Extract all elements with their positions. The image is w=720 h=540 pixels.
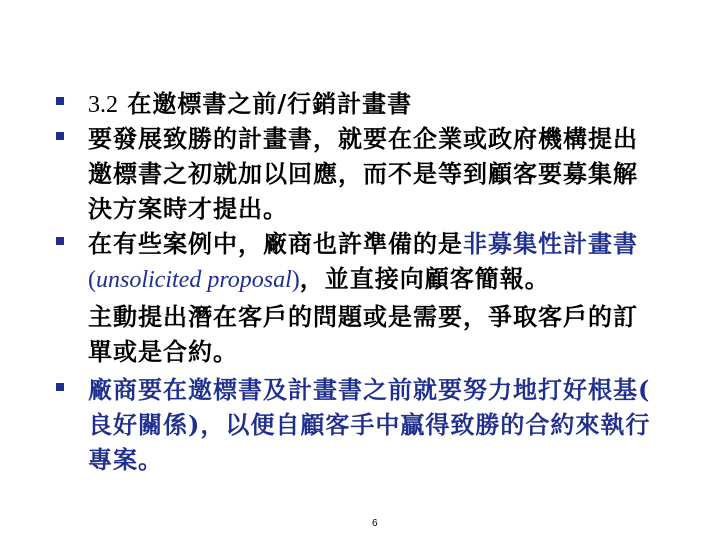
- english-term: unsolicited proposal: [96, 267, 292, 293]
- paren-close: ): [292, 267, 300, 293]
- square-bullet-icon: [56, 97, 64, 105]
- square-bullet-icon: [56, 383, 64, 391]
- paragraph-line: 單或是合約。: [88, 334, 712, 369]
- bullet-item-relationship: 廠商要在邀標書及計畫書之前就要努力地打好根基( 良好關係)，以便自顧客手中贏得致…: [52, 372, 712, 477]
- section-title: 在邀標書之前/行銷計畫書: [118, 89, 412, 118]
- bullet-item-winning-proposal: 要發展致勝的計畫書，就要在企業或政府機構提出 邀標書之初就加以回應，而不是等到顧…: [52, 121, 712, 226]
- bullet-item-unsolicited: 在有些案例中，廠商也許準備的是非募集性計畫書 (unsolicited prop…: [52, 226, 712, 296]
- bullet-line: 決方案時才提出。: [88, 191, 712, 226]
- square-bullet-icon: [56, 132, 64, 140]
- slide: 3.2 在邀標書之前/行銷計畫書 要發展致勝的計畫書，就要在企業或政府機構提出 …: [0, 0, 720, 540]
- bullet-list: 3.2 在邀標書之前/行銷計畫書 要發展致勝的計畫書，就要在企業或政府機構提出 …: [52, 86, 712, 477]
- section-number: 3.2: [88, 92, 118, 118]
- bullet-item-title: 3.2 在邀標書之前/行銷計畫書: [52, 86, 712, 121]
- square-bullet-icon: [56, 237, 64, 245]
- paragraph-line: 主動提出潛在客戶的問題或是需要，爭取客戶的訂: [88, 299, 712, 334]
- bullet-line: 3.2 在邀標書之前/行銷計畫書: [88, 86, 712, 121]
- line-text: 在有些案例中，廠商也許準備的是: [88, 229, 463, 258]
- bullet-line: 良好關係)，以便自顧客手中贏得致勝的合約來執行: [88, 407, 712, 442]
- bullet-line: 在有些案例中，廠商也許準備的是非募集性計畫書: [88, 226, 712, 261]
- bullet-line: 要發展致勝的計畫書，就要在企業或政府機構提出: [88, 121, 712, 156]
- bullet-line: 邀標書之初就加以回應，而不是等到顧客要募集解: [88, 156, 712, 191]
- bullet-line: 廠商要在邀標書及計畫書之前就要努力地打好根基(: [88, 372, 712, 407]
- paragraph-proactive: 主動提出潛在客戶的問題或是需要，爭取客戶的訂 單或是合約。: [52, 299, 712, 369]
- page-number: 6: [372, 518, 378, 529]
- bullet-line: 專案。: [88, 442, 712, 477]
- bullet-line: (unsolicited proposal)，並直接向顧客簡報。: [88, 261, 712, 296]
- line-text: ，並直接向顧客簡報。: [300, 264, 550, 293]
- highlight-term: 非募集性計畫書: [463, 229, 638, 258]
- paren-open: (: [88, 267, 96, 293]
